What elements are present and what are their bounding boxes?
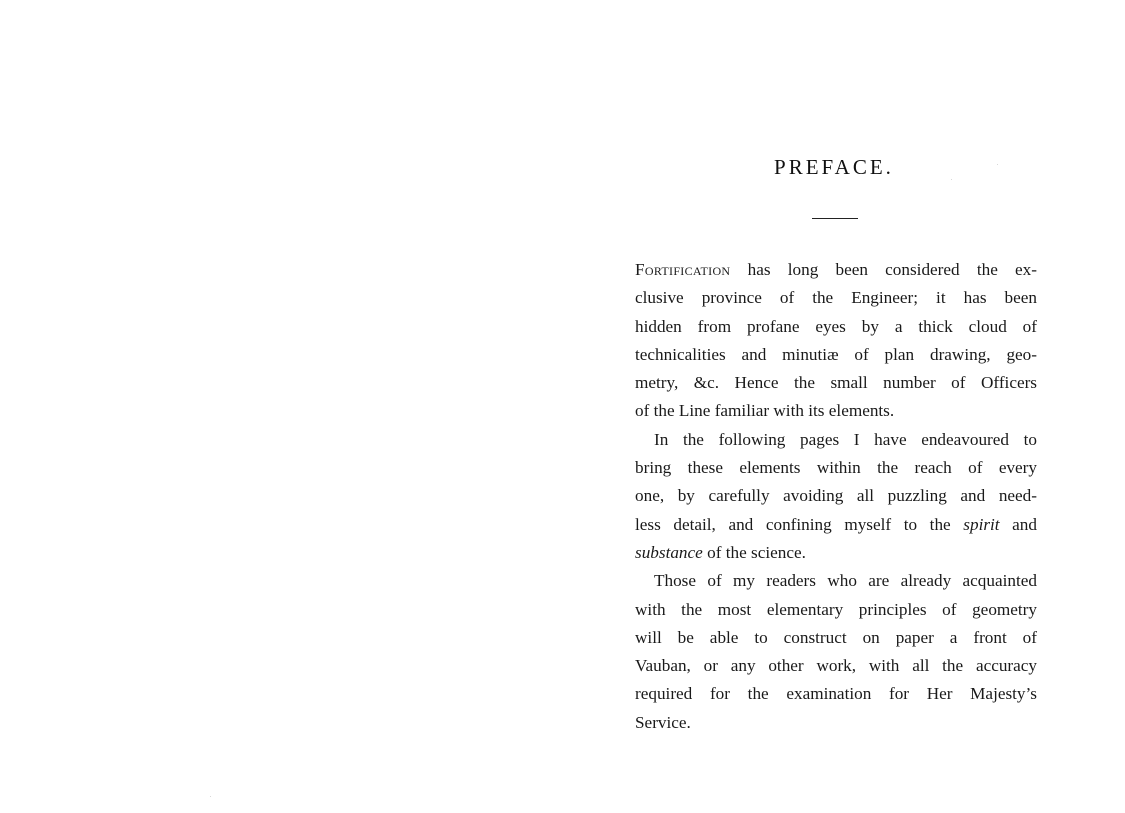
title-rule-divider bbox=[812, 218, 858, 219]
left-page-blank bbox=[0, 0, 562, 813]
italic-emphasis: spirit bbox=[963, 515, 999, 534]
page-title: PREFACE. bbox=[700, 152, 968, 182]
text-line: clusive province of the Engineer; it has… bbox=[635, 284, 1037, 312]
scan-speck bbox=[210, 796, 211, 797]
text-line: Service. bbox=[635, 709, 1037, 737]
paragraph-1: Fortification has long been considered t… bbox=[635, 256, 1037, 426]
text-line: of the Line familiar with its elements. bbox=[635, 397, 1037, 425]
paragraph-2: In the following pages I have endeavoure… bbox=[635, 426, 1037, 567]
text-line: required for the examination for Her Maj… bbox=[635, 680, 1037, 708]
text-line: hidden from profane eyes by a thick clou… bbox=[635, 313, 1037, 341]
small-caps-lead-word: Fortification bbox=[635, 260, 730, 279]
paragraph-3: Those of my readers who are already acqu… bbox=[635, 567, 1037, 737]
text-line: metry, &c. Hence the small number of Off… bbox=[635, 369, 1037, 397]
scan-speck bbox=[951, 179, 952, 180]
italic-emphasis: substance bbox=[635, 543, 703, 562]
text-line: Those of my readers who are already acqu… bbox=[635, 567, 1037, 595]
text-line: with the most elementary principles of g… bbox=[635, 596, 1037, 624]
book-spread: PREFACE. Fortification has long been con… bbox=[0, 0, 1125, 813]
text-line: Fortification has long been considered t… bbox=[635, 256, 1037, 284]
text-line: substance of the science. bbox=[635, 539, 1037, 567]
text-line: technicalities and minutiæ of plan drawi… bbox=[635, 341, 1037, 369]
text-line: will be able to construct on paper a fro… bbox=[635, 624, 1037, 652]
text-line: less detail, and confining myself to the… bbox=[635, 511, 1037, 539]
scan-speck bbox=[997, 164, 998, 165]
text-line: one, by carefully avoiding all puzzling … bbox=[635, 482, 1037, 510]
preface-body: Fortification has long been considered t… bbox=[635, 256, 1037, 737]
text-line: bring these elements within the reach of… bbox=[635, 454, 1037, 482]
text-line: Vauban, or any other work, with all the … bbox=[635, 652, 1037, 680]
text-line: In the following pages I have endeavoure… bbox=[635, 426, 1037, 454]
